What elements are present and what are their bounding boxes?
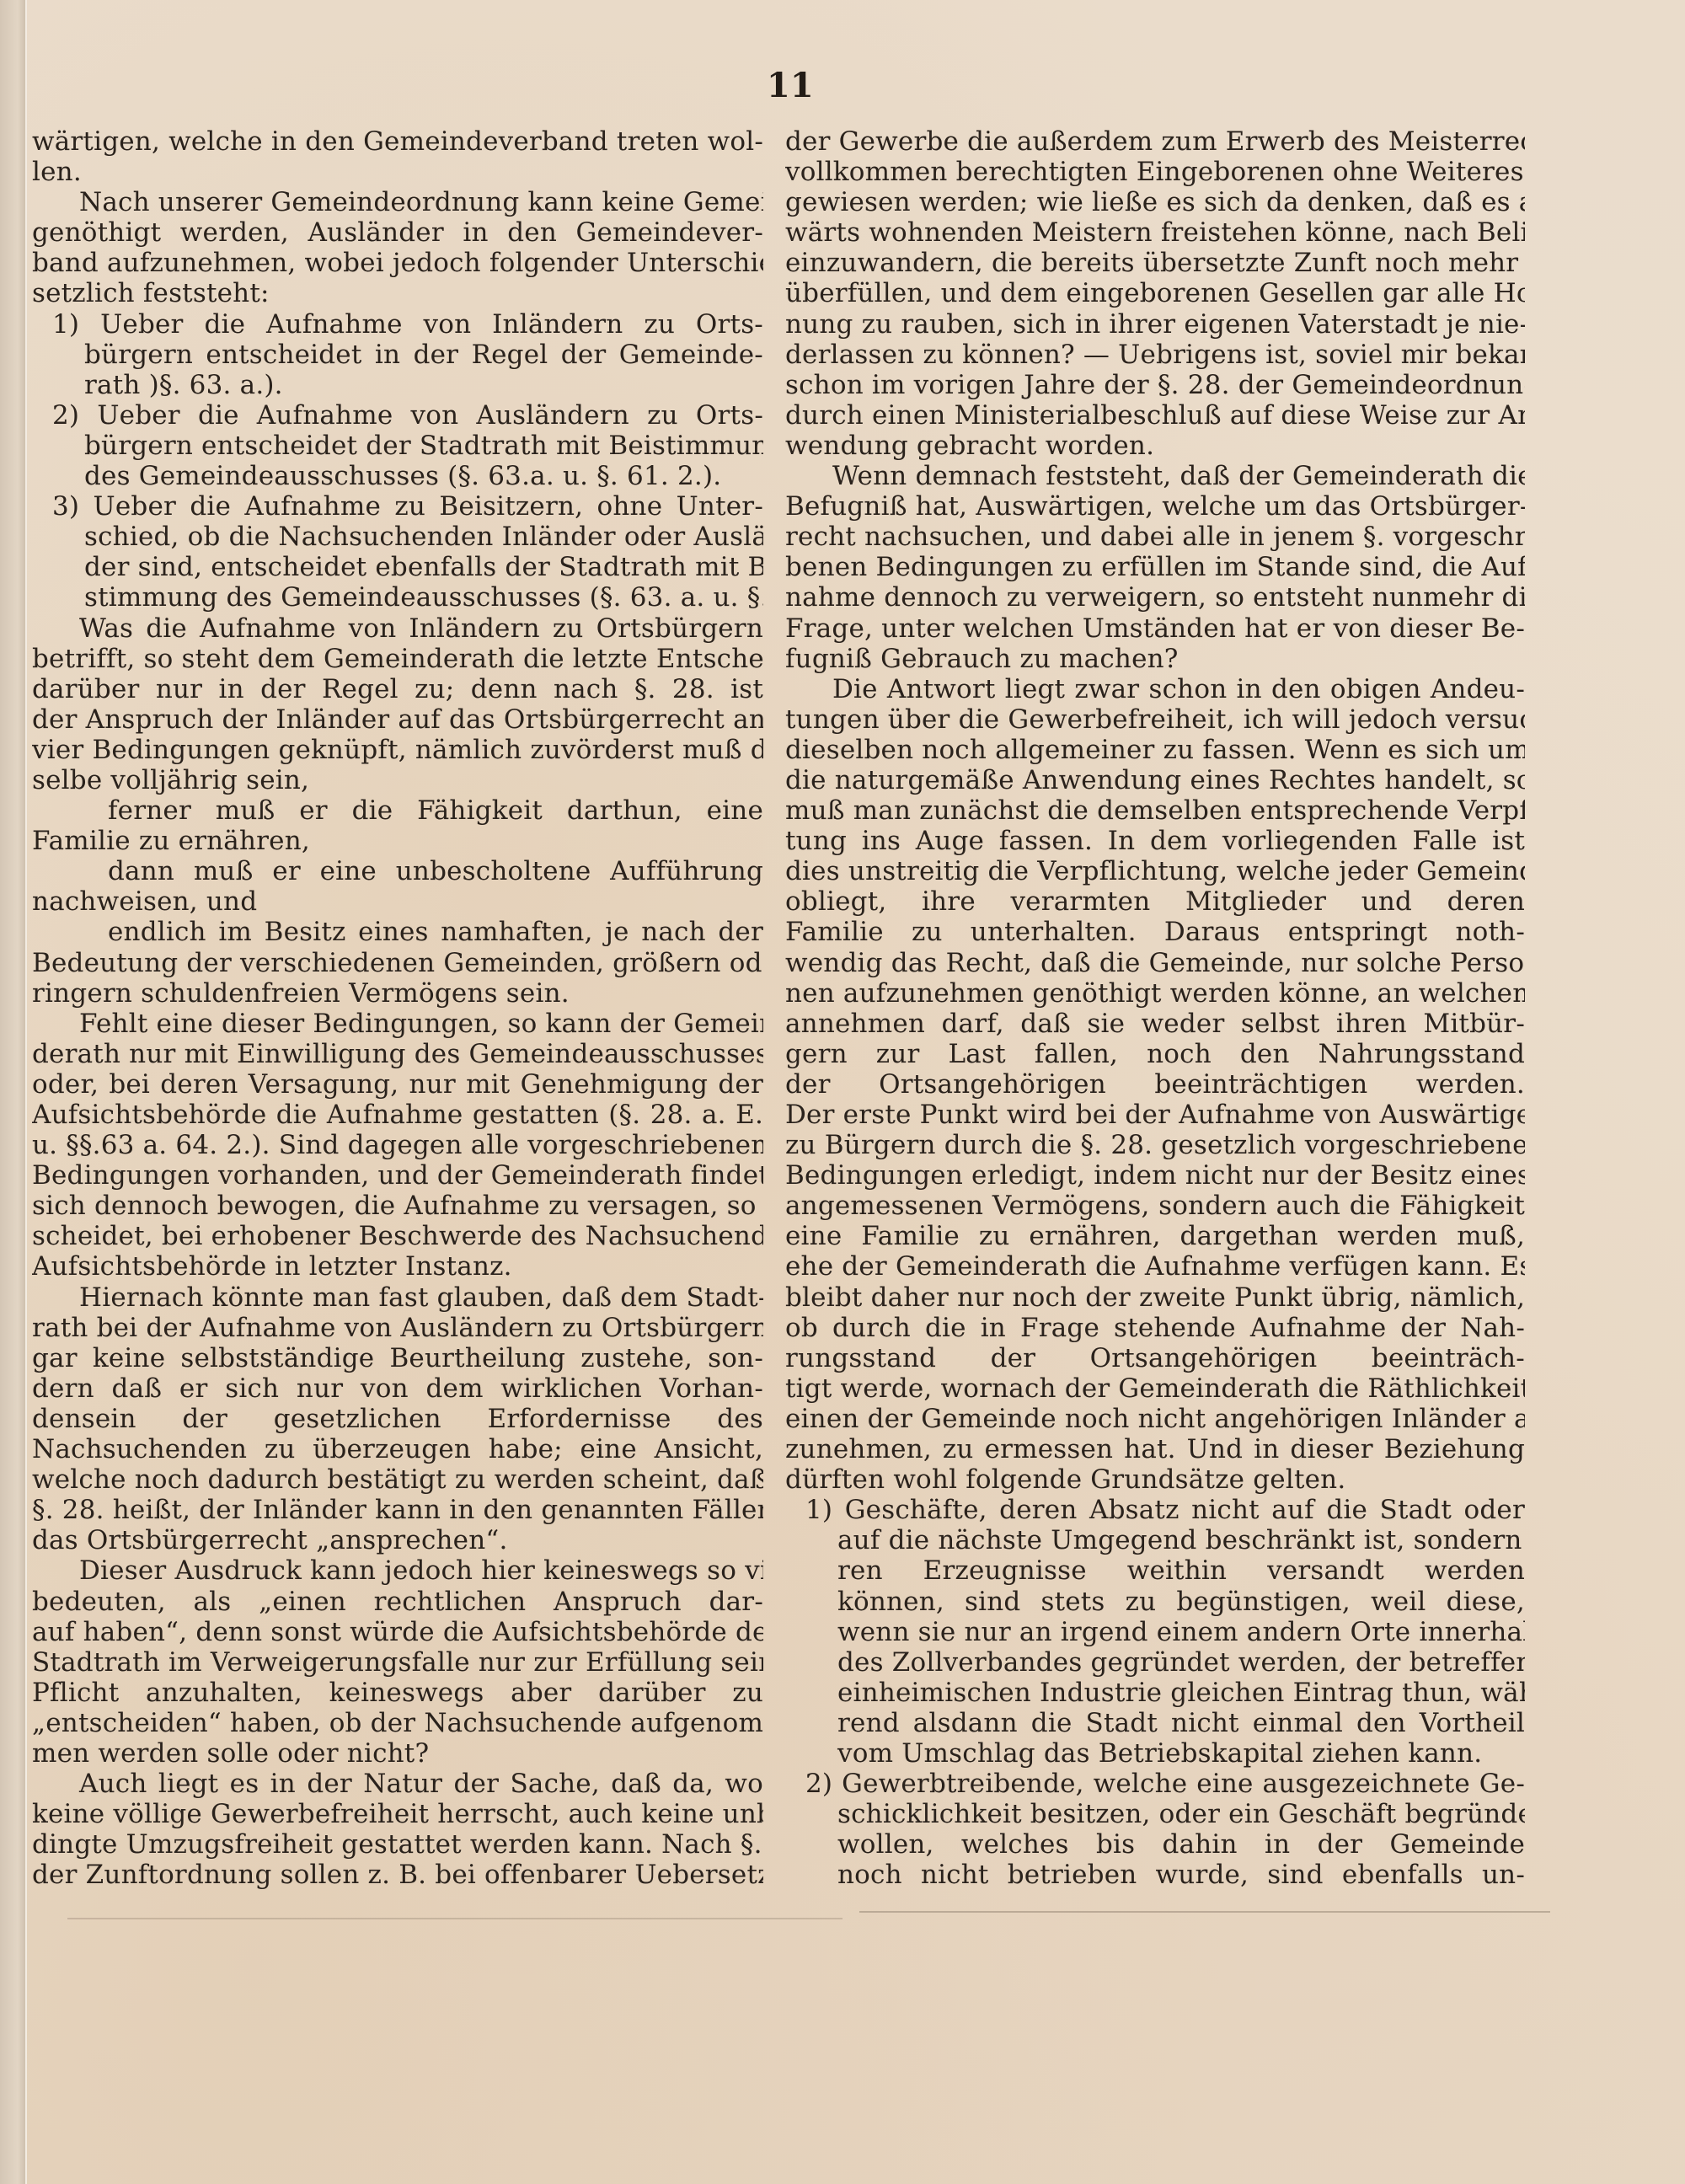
text-line: können, sind stets zu begünstigen, weil … bbox=[785, 1587, 1525, 1617]
text-line: band aufzunehmen, wobei jedoch folgender… bbox=[32, 248, 763, 278]
text-line: des Gemeindeausschusses (§. 63.a. u. §. … bbox=[32, 461, 763, 491]
text-line: gewiesen werden; wie ließe es sich da de… bbox=[785, 187, 1525, 217]
list-item-1: 1) Ueber die Aufnahme von Inländern zu O… bbox=[32, 309, 763, 340]
text-line: Frage, unter welchen Umständen hat er vo… bbox=[785, 613, 1525, 644]
bottom-rule bbox=[859, 1911, 1550, 1913]
text-line: Der erste Punkt wird bei der Aufnahme vo… bbox=[785, 1100, 1525, 1130]
list-item-2: 2) Ueber die Aufnahme von Ausländern zu … bbox=[32, 400, 763, 431]
text-line: angemessenen Vermögens, sondern auch die… bbox=[785, 1191, 1525, 1221]
text-line: bürgern entscheidet in der Regel der Gem… bbox=[32, 340, 763, 370]
text-line: men werden solle oder nicht? bbox=[32, 1738, 763, 1769]
text-line: len. bbox=[32, 157, 763, 187]
text-line: Stadtrath im Verweigerungsfalle nur zur … bbox=[32, 1647, 763, 1678]
paragraph-start: Fehlt eine dieser Bedingungen, so kann d… bbox=[32, 1009, 763, 1039]
paragraph-start: Hiernach könnte man fast glauben, daß de… bbox=[32, 1282, 763, 1313]
text-line: die naturgemäße Anwendung eines Rechtes … bbox=[785, 765, 1525, 795]
text-line: tung ins Auge fassen. In dem vorliegende… bbox=[785, 826, 1525, 856]
text-line: eine Familie zu ernähren, dargethan werd… bbox=[785, 1221, 1525, 1251]
text-line: derlassen zu können? — Uebrigens ist, so… bbox=[785, 340, 1525, 370]
page-binding-edge bbox=[0, 0, 27, 2184]
text-line: Bedingungen vorhanden, und der Gemeinder… bbox=[32, 1160, 763, 1191]
text-line: das Ortsbürgerrecht „ansprechen“. bbox=[32, 1525, 763, 1555]
text-line: der Gewerbe die außerdem zum Erwerb des … bbox=[785, 126, 1525, 157]
condition-line: dann muß er eine unbescholtene Aufführun… bbox=[32, 856, 763, 886]
text-line: ren Erzeugnisse weithin versandt werden bbox=[785, 1555, 1525, 1586]
text-line: rend alsdann die Stadt nicht einmal den … bbox=[785, 1708, 1525, 1738]
paragraph-start: Dieser Ausdruck kann jedoch hier keinesw… bbox=[32, 1555, 763, 1586]
text-line: einheimischen Industrie gleichen Eintrag… bbox=[785, 1678, 1525, 1708]
text-line: wenn sie nur an irgend einem andern Orte… bbox=[785, 1617, 1525, 1647]
left-column: wärtigen, welche in den Gemeindeverband … bbox=[32, 126, 763, 1890]
paragraph-start: Nach unserer Gemeindeordnung kann keine … bbox=[32, 187, 763, 217]
text-line: durch einen Ministerialbeschluß auf dies… bbox=[785, 400, 1525, 431]
text-line: tungen über die Gewerbefreiheit, ich wil… bbox=[785, 704, 1525, 735]
text-line: obliegt, ihre verarmten Mitglieder und d… bbox=[785, 886, 1525, 917]
text-line: recht nachsuchen, und dabei alle in jene… bbox=[785, 522, 1525, 552]
text-line: dingte Umzugsfreiheit gestattet werden k… bbox=[32, 1829, 763, 1860]
text-line: schicklichkeit besitzen, oder ein Geschä… bbox=[785, 1799, 1525, 1829]
text-line: setzlich feststeht: bbox=[32, 278, 763, 308]
text-line: fugniß Gebrauch zu machen? bbox=[785, 644, 1525, 674]
text-line: der Zunftordnung sollen z. B. bei offenb… bbox=[32, 1860, 763, 1890]
text-line: wendung gebracht worden. bbox=[785, 431, 1525, 461]
text-line: ehe der Gemeinderath die Aufnahme verfüg… bbox=[785, 1251, 1525, 1282]
text-line: wendig das Recht, daß die Gemeinde, nur … bbox=[785, 948, 1525, 978]
text-line: schon im vorigen Jahre der §. 28. der Ge… bbox=[785, 370, 1525, 400]
text-line: auf die nächste Umgegend beschränkt ist,… bbox=[785, 1525, 1525, 1555]
text-line: des Zollverbandes gegründet werden, der … bbox=[785, 1647, 1525, 1678]
text-line: dieselben noch allgemeiner zu fassen. We… bbox=[785, 735, 1525, 765]
text-line: stimmung des Gemeindeausschusses (§. 63.… bbox=[32, 582, 763, 613]
text-line: Nachsuchenden zu überzeugen habe; eine A… bbox=[32, 1434, 763, 1464]
text-line: bedeuten, als „einen rechtlichen Anspruc… bbox=[32, 1587, 763, 1617]
text-line: tigt werde, wornach der Gemeinderath die… bbox=[785, 1373, 1525, 1404]
page-number: 11 bbox=[767, 66, 814, 105]
right-column: der Gewerbe die außerdem zum Erwerb des … bbox=[785, 126, 1525, 1890]
paragraph-start: Auch liegt es in der Natur der Sache, da… bbox=[32, 1769, 763, 1799]
text-line: noch nicht betrieben wurde, sind ebenfal… bbox=[785, 1860, 1525, 1890]
text-line: nachweisen, und bbox=[32, 886, 763, 917]
text-line: genöthigt werden, Ausländer in den Gemei… bbox=[32, 217, 763, 248]
text-line: rungsstand der Ortsangehörigen beeinträc… bbox=[785, 1343, 1525, 1373]
text-line: Bedeutung der verschiedenen Gemeinden, g… bbox=[32, 948, 763, 978]
text-line: schied, ob die Nachsuchenden Inländer od… bbox=[32, 522, 763, 552]
text-line: benen Bedingungen zu erfüllen im Stande … bbox=[785, 552, 1525, 582]
text-line: vom Umschlag das Betriebskapital ziehen … bbox=[785, 1738, 1525, 1769]
text-line: überfüllen, und dem eingeborenen Geselle… bbox=[785, 278, 1525, 308]
text-line: §. 28. heißt, der Inländer kann in den g… bbox=[32, 1495, 763, 1525]
text-line: Bedingungen erledigt, indem nicht nur de… bbox=[785, 1160, 1525, 1191]
text-line: einzuwandern, die bereits übersetzte Zun… bbox=[785, 248, 1525, 278]
text-line: ringern schuldenfreien Vermögens sein. bbox=[32, 978, 763, 1009]
scanned-page: 11 wärtigen, welche in den Gemeindeverba… bbox=[0, 0, 1685, 2184]
text-line: zunehmen, zu ermessen hat. Und in dieser… bbox=[785, 1434, 1525, 1464]
text-line: Aufsichtsbehörde die Aufnahme gestatten … bbox=[32, 1100, 763, 1130]
text-line: gar keine selbstständige Beurtheilung zu… bbox=[32, 1343, 763, 1373]
text-line: u. §§.63 a. 64. 2.). Sind dagegen alle v… bbox=[32, 1130, 763, 1160]
text-line: oder, bei deren Versagung, nur mit Geneh… bbox=[32, 1069, 763, 1100]
text-line: Familie zu unterhalten. Daraus entspring… bbox=[785, 917, 1525, 947]
text-line: dürften wohl folgende Grundsätze gelten. bbox=[785, 1464, 1525, 1495]
text-line: nen aufzunehmen genöthigt werden könne, … bbox=[785, 978, 1525, 1009]
text-line: wollen, welches bis dahin in der Gemeind… bbox=[785, 1829, 1525, 1860]
text-line: muß man zunächst die demselben entsprech… bbox=[785, 795, 1525, 826]
text-line: auf haben“, denn sonst würde die Aufsich… bbox=[32, 1617, 763, 1647]
list-item-1: 1) Geschäfte, deren Absatz nicht auf die… bbox=[785, 1495, 1525, 1525]
paragraph-start: Was die Aufnahme von Inländern zu Ortsbü… bbox=[32, 613, 763, 644]
text-line: dies unstreitig die Verpflichtung, welch… bbox=[785, 856, 1525, 886]
text-line: Familie zu ernähren, bbox=[32, 826, 763, 856]
condition-line: endlich im Besitz eines namhaften, je na… bbox=[32, 917, 763, 947]
text-line: rath bei der Aufnahme von Ausländern zu … bbox=[32, 1313, 763, 1343]
bleed-through-rule bbox=[67, 1918, 842, 1919]
paragraph-start: Wenn demnach feststeht, daß der Gemeinde… bbox=[785, 461, 1525, 491]
text-line: Befugniß hat, Auswärtigen, welche um das… bbox=[785, 491, 1525, 522]
text-line: Pflicht anzuhalten, keineswegs aber darü… bbox=[32, 1678, 763, 1708]
text-line: sich dennoch bewogen, die Aufnahme zu ve… bbox=[32, 1191, 763, 1221]
text-line: nung zu rauben, sich in ihrer eigenen Va… bbox=[785, 309, 1525, 340]
list-item-3: 3) Ueber die Aufnahme zu Beisitzern, ohn… bbox=[32, 491, 763, 522]
text-line: zu Bürgern durch die §. 28. gesetzlich v… bbox=[785, 1130, 1525, 1160]
paragraph-start: Die Antwort liegt zwar schon in den obig… bbox=[785, 674, 1525, 704]
text-line: einen der Gemeinde noch nicht angehörige… bbox=[785, 1404, 1525, 1434]
text-line: derath nur mit Einwilligung des Gemeinde… bbox=[32, 1039, 763, 1069]
text-line: darüber nur in der Regel zu; denn nach §… bbox=[32, 674, 763, 704]
text-line: vollkommen berechtigten Eingeborenen ohn… bbox=[785, 157, 1525, 187]
text-line: der Anspruch der Inländer auf das Ortsbü… bbox=[32, 704, 763, 735]
text-line: bürgern entscheidet der Stadtrath mit Be… bbox=[32, 431, 763, 461]
text-line: wärts wohnenden Meistern freistehen könn… bbox=[785, 217, 1525, 248]
text-line: bleibt daher nur noch der zweite Punkt ü… bbox=[785, 1282, 1525, 1313]
text-line: betrifft, so steht dem Gemeinderath die … bbox=[32, 644, 763, 674]
text-line: „entscheiden“ haben, ob der Nachsuchende… bbox=[32, 1708, 763, 1738]
text-line: densein der gesetzlichen Erfordernisse d… bbox=[32, 1404, 763, 1434]
text-line: scheidet, bei erhobener Beschwerde des N… bbox=[32, 1221, 763, 1251]
text-line: gern zur Last fallen, noch den Nahrungss… bbox=[785, 1039, 1525, 1069]
text-line: selbe volljährig sein, bbox=[32, 765, 763, 795]
text-line: der Ortsangehörigen beeinträchtigen werd… bbox=[785, 1069, 1525, 1100]
list-item-2: 2) Gewerbtreibende, welche eine ausgezei… bbox=[785, 1769, 1525, 1799]
text-line: vier Bedingungen geknüpft, nämlich zuvör… bbox=[32, 735, 763, 765]
condition-line: ferner muß er die Fähigkeit darthun, ein… bbox=[32, 795, 763, 826]
text-line: welche noch dadurch bestätigt zu werden … bbox=[32, 1464, 763, 1495]
text-line: nahme dennoch zu verweigern, so entsteht… bbox=[785, 582, 1525, 613]
text-line: wärtigen, welche in den Gemeindeverband … bbox=[32, 126, 763, 157]
text-line: keine völlige Gewerbefreiheit herrscht, … bbox=[32, 1799, 763, 1829]
text-line: rath )§. 63. a.). bbox=[32, 370, 763, 400]
text-line: annehmen darf, daß sie weder selbst ihre… bbox=[785, 1009, 1525, 1039]
text-line: ob durch die in Frage stehende Aufnahme … bbox=[785, 1313, 1525, 1343]
text-line: dern daß er sich nur von dem wirklichen … bbox=[32, 1373, 763, 1404]
text-line: der sind, entscheidet ebenfalls der Stad… bbox=[32, 552, 763, 582]
text-line: Aufsichtsbehörde in letzter Instanz. bbox=[32, 1251, 763, 1282]
